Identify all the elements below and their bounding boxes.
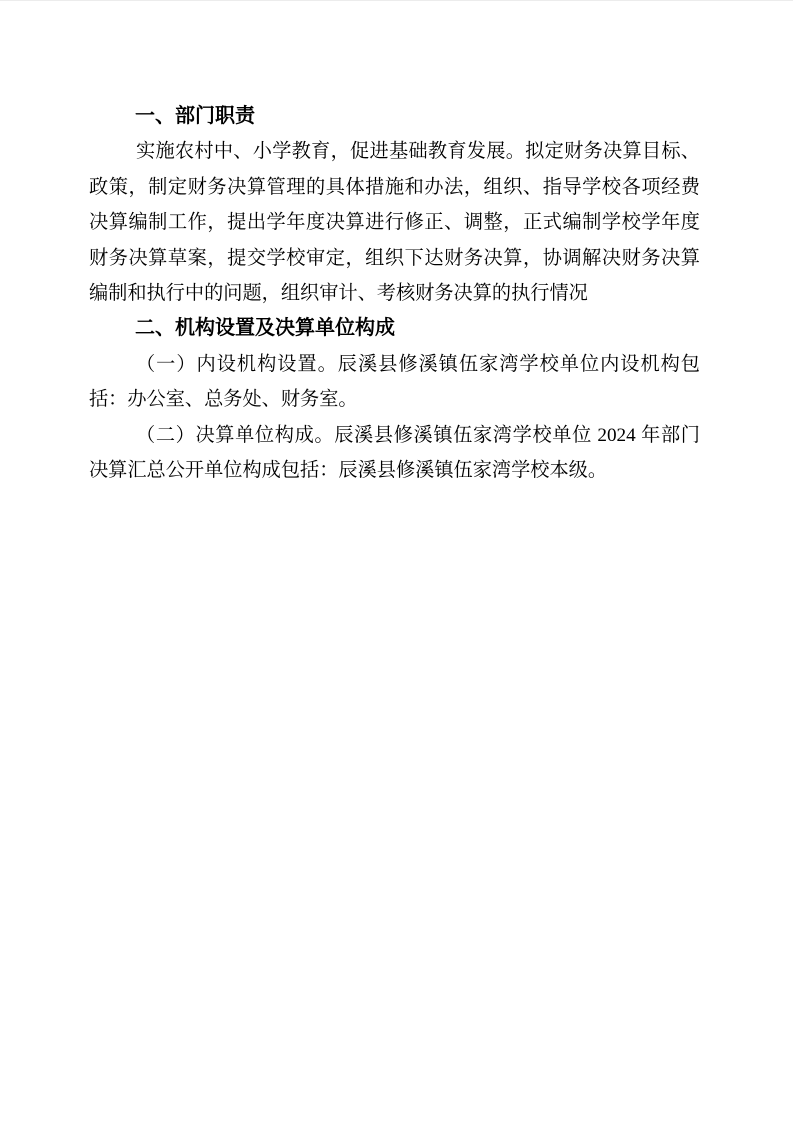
section-heading-org-structure: 二、机构设置及决算单位构成: [89, 311, 700, 346]
section-heading-department-duties: 一、部门职责: [89, 99, 700, 134]
document-content: 一、部门职责 实施农村中、小学教育，促进基础教育发展。拟定财务决算目标、政策，制…: [89, 99, 700, 488]
document-page: 一、部门职责 实施农村中、小学教育，促进基础教育发展。拟定财务决算目标、政策，制…: [0, 0, 793, 1122]
paragraph-department-duties: 实施农村中、小学教育，促进基础教育发展。拟定财务决算目标、政策，制定财务决算管理…: [89, 134, 700, 311]
paragraph-internal-org: （一）内设机构设置。辰溪县修溪镇伍家湾学校单位内设机构包括：办公室、总务处、财务…: [89, 347, 700, 418]
page-top-edge-line: [0, 0, 793, 1]
paragraph-unit-composition: （二）决算单位构成。辰溪县修溪镇伍家湾学校单位 2024 年部门决算汇总公开单位…: [89, 418, 700, 489]
